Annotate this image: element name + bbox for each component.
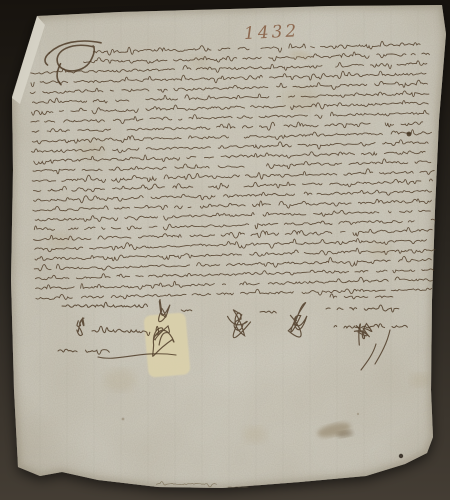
- repair-patch: [143, 312, 190, 377]
- manuscript-photo: 1432: [0, 0, 450, 500]
- manuscript-scan-canvas: 1432: [0, 0, 450, 500]
- archival-date-annotation: 1432: [244, 21, 300, 44]
